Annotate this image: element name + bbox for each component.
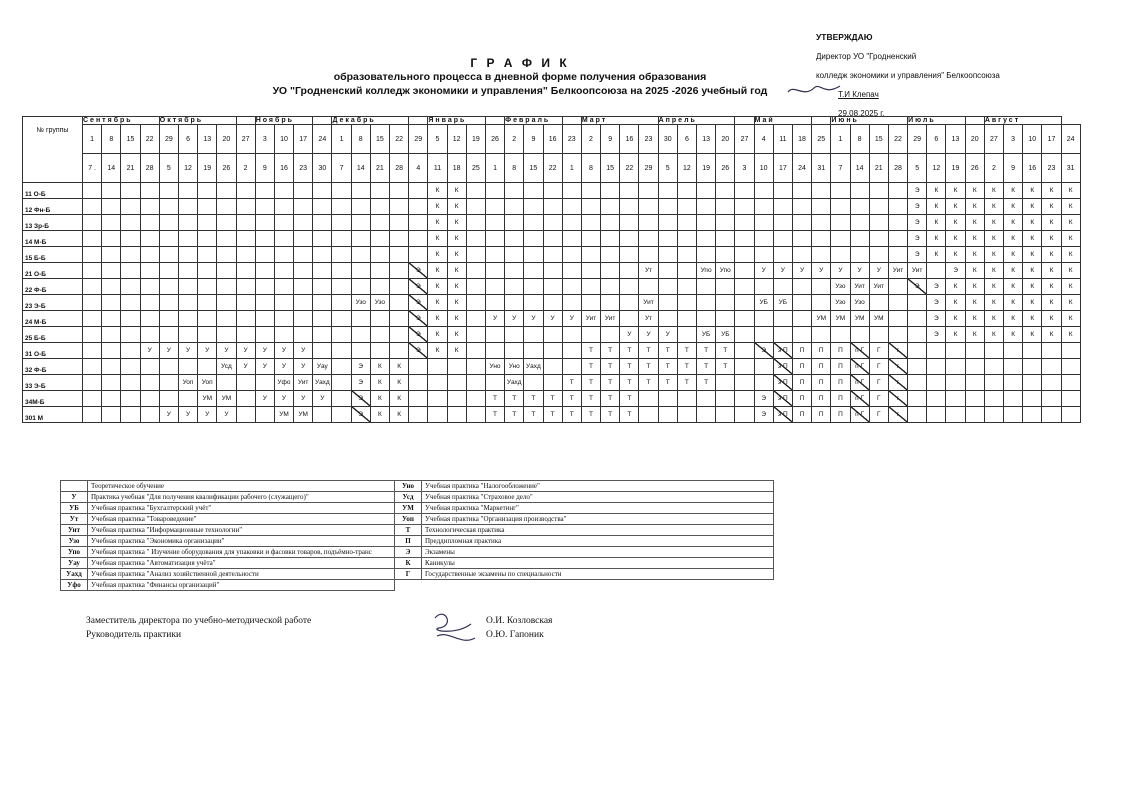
schedule-cell: П [792,375,811,391]
schedule-cell [159,215,178,231]
schedule-cell [773,247,792,263]
schedule-cell [697,215,716,231]
schedule-cell [601,215,620,231]
schedule-cell [1004,407,1023,423]
schedule-cell: э П [773,359,792,375]
schedule-cell [869,231,888,247]
schedule-cell: П [812,359,831,375]
schedule-cell [658,311,677,327]
schedule-cell [466,391,485,407]
schedule-cell [102,359,121,375]
legend-text: Преддипломная практика [422,536,774,547]
schedule-cell [505,327,524,343]
week-end: 10 [754,154,773,183]
legend-row: УитУчебная практика "Информационные техн… [61,525,774,536]
schedule-cell: У [294,359,313,375]
schedule-cell [946,391,965,407]
schedule-cell [639,407,658,423]
schedule-cell [543,215,562,231]
schedule-cell: Т [543,407,562,423]
schedule-cell [620,295,639,311]
table-row: 25 Б-БЭККУУУУБУБЭККККККК [23,327,1081,343]
schedule-cell [332,375,351,391]
schedule-cell [140,295,159,311]
schedule-cell [140,311,159,327]
schedule-cell [697,247,716,263]
legend-text: Учебная практика "Бухгалтерский учёт" [88,503,395,514]
legend-text: Государственные экзамены по специальност… [422,569,774,580]
schedule-cell: Т [620,343,639,359]
schedule-cell: г [888,343,907,359]
schedule-cell [1042,343,1061,359]
schedule-cell: Т [581,359,600,375]
schedule-cell: Уау [313,359,332,375]
legend-text: Учебная практика "Налогообложение" [422,481,774,492]
schedule-cell [735,263,754,279]
schedule-cell: Э [927,327,946,343]
schedule-cell: УМ [869,311,888,327]
schedule-cell: К [984,311,1003,327]
schedule-cell [83,215,102,231]
schedule-cell [984,391,1003,407]
group-name: 34М-Б [23,391,83,407]
table-row: 22 Ф-БЭККУзоУитУитЭЭККККККК [23,279,1081,295]
schedule-cell: Т [581,391,600,407]
week-start: 22 [888,125,907,154]
schedule-cell [562,343,581,359]
schedule-cell [927,391,946,407]
schedule-cell: Т [697,359,716,375]
schedule-cell: К [984,231,1003,247]
schedule-cell [159,327,178,343]
schedule-cell: К [927,199,946,215]
schedule-cell [927,263,946,279]
schedule-cell: п Г [850,407,869,423]
table-row: 15 Б-БККЭКККККККК [23,247,1081,263]
schedule-cell [313,231,332,247]
schedule-cell [869,215,888,231]
schedule-cell: г [888,391,907,407]
schedule-cell [773,215,792,231]
schedule-cell [313,279,332,295]
schedule-cell [754,215,773,231]
schedule-cell [313,199,332,215]
schedule-cell [159,199,178,215]
schedule-cell [524,327,543,343]
schedule-cell: Э [351,407,370,423]
schedule-cell: У [159,343,178,359]
table-row: 301 МУУУУУМУМЭККТТТТТТТТЭэ ППППп ГГг [23,407,1081,423]
schedule-cell: У [505,311,524,327]
schedule-cell [102,391,121,407]
schedule-cell: К [984,327,1003,343]
week-end: 28 [390,154,409,183]
schedule-cell [159,295,178,311]
week-start: 27 [984,125,1003,154]
schedule-cell [236,215,255,231]
schedule-cell: К [1042,231,1061,247]
schedule-cell [140,231,159,247]
schedule-cell [313,407,332,423]
schedule-cell: У [812,263,831,279]
schedule-cell: К [390,407,409,423]
schedule-cell [658,295,677,311]
schedule-cell: Э [409,295,428,311]
schedule-cell [178,311,197,327]
schedule-cell [313,215,332,231]
schedule-cell [236,311,255,327]
schedule-cell [754,311,773,327]
schedule-cell: К [1061,327,1080,343]
legend-code: Уахд [61,569,88,580]
schedule-cell: К [1061,247,1080,263]
schedule-cell [716,375,735,391]
schedule-cell [543,247,562,263]
schedule-cell [812,199,831,215]
schedule-cell: К [1023,231,1042,247]
schedule-cell: Уоп [178,375,197,391]
week-start: 6 [927,125,946,154]
legend-code: УМ [395,503,422,514]
document-title: Г Р А Ф И К образовательного процесса в … [200,56,840,98]
schedule-cell: К [965,295,984,311]
schedule-cell [351,343,370,359]
schedule-cell [1023,407,1042,423]
schedule-cell [332,343,351,359]
schedule-cell [735,199,754,215]
table-row: 12 Фн-БККЭКККККККК [23,199,1081,215]
schedule-cell: К [1042,327,1061,343]
schedule-cell [83,263,102,279]
week-end: 9 [255,154,274,183]
schedule-cell [236,263,255,279]
table-row: 14 М-БККЭКККККККК [23,231,1081,247]
schedule-cell [217,199,236,215]
schedule-cell: УМ [198,391,217,407]
schedule-cell [658,199,677,215]
schedule-cell [485,343,504,359]
schedule-cell [908,375,927,391]
legend-code: Узо [61,536,88,547]
schedule-cell [102,343,121,359]
schedule-cell [274,247,293,263]
schedule-cell [102,327,121,343]
schedule-cell: У [159,407,178,423]
week-end: 16 [274,154,293,183]
schedule-cell: Ут [639,311,658,327]
schedule-cell: Т [601,343,620,359]
schedule-cell: У [294,343,313,359]
schedule-cell [140,183,159,199]
schedule-cell [140,375,159,391]
schedule-cell: У [198,407,217,423]
schedule-cell [716,247,735,263]
schedule-cell [466,183,485,199]
schedule-cell: Э [946,263,965,279]
schedule-cell [524,263,543,279]
schedule-cell [562,247,581,263]
schedule-cell [485,263,504,279]
schedule-cell [735,311,754,327]
schedule-cell [1042,359,1061,375]
schedule-cell: Т [639,343,658,359]
table-row: 34М-БУМУМУУУУЭККТТТТТТТТЭэ ППППп ГГг [23,391,1081,407]
week-start: 8 [850,125,869,154]
schedule-cell: э П [773,391,792,407]
schedule-cell [294,231,313,247]
schedule-cell [466,247,485,263]
schedule-cell [102,215,121,231]
schedule-cell [255,279,274,295]
schedule-cell: К [1042,279,1061,295]
schedule-cell [601,327,620,343]
schedule-cell: К [927,247,946,263]
week-end: 12 [927,154,946,183]
week-end: 2 [984,154,1003,183]
schedule-cell [198,295,217,311]
approval-line-1: Директор УО "Гродненский [816,47,1000,66]
schedule-cell [716,279,735,295]
schedule-cell [792,327,811,343]
schedule-cell [159,279,178,295]
week-start: 18 [792,125,811,154]
schedule-cell [581,183,600,199]
schedule-cell: Т [485,407,504,423]
schedule-cell [159,263,178,279]
schedule-cell [792,279,811,295]
week-end: 21 [121,154,140,183]
legend-text: Учебная практика "Товароведение" [88,514,395,525]
group-name: 13 Зр-Б [23,215,83,231]
schedule-cell: У [869,263,888,279]
schedule-cell: У [754,263,773,279]
schedule-cell [313,263,332,279]
schedule-cell [178,327,197,343]
schedule-cell [562,183,581,199]
schedule-cell: К [965,247,984,263]
schedule-cell [620,247,639,263]
schedule-cell: Э [927,311,946,327]
schedule-cell [620,199,639,215]
schedule-cell [236,199,255,215]
group-name: 14 М-Б [23,231,83,247]
footer-role-2: Руководитель практики [86,628,311,642]
legend-code: Уит [61,525,88,536]
schedule-cell: Э [908,199,927,215]
schedule-cell [1061,375,1080,391]
legend-row: УБУчебная практика "Бухгалтерский учёт"У… [61,503,774,514]
schedule-cell [351,247,370,263]
week-end: 7 . [83,154,102,183]
schedule-cell: Э [754,391,773,407]
week-end: 26 [716,154,735,183]
schedule-cell: Уно [485,359,504,375]
schedule-cell [716,311,735,327]
schedule-cell [812,183,831,199]
schedule-cell [83,199,102,215]
schedule-cell: К [428,311,447,327]
schedule-cell [716,295,735,311]
schedule-cell: К [447,327,466,343]
schedule-cell: Уоп [198,375,217,391]
schedule-cell [965,391,984,407]
month-header: Март [581,117,658,125]
schedule-cell [601,247,620,263]
schedule-cell: У [792,263,811,279]
week-end: 14 [351,154,370,183]
week-start: 24 [1061,125,1080,154]
schedule-cell: К [1004,215,1023,231]
schedule-cell [83,327,102,343]
schedule-cell [792,199,811,215]
schedule-cell [524,343,543,359]
month-header: Февраль [505,117,563,125]
schedule-cell: Т [639,359,658,375]
week-start: 23 [639,125,658,154]
schedule-cell: Узо [850,295,869,311]
group-name: 22 Ф-Б [23,279,83,295]
schedule-cell [620,263,639,279]
schedule-cell [677,183,696,199]
schedule-cell [121,391,140,407]
schedule-cell: У [217,343,236,359]
group-name: 31 О-Б [23,343,83,359]
schedule-cell [601,263,620,279]
schedule-cell [294,183,313,199]
schedule-cell [390,183,409,199]
schedule-cell: К [370,407,389,423]
week-start: 10 [274,125,293,154]
week-end: 23 [1042,154,1061,183]
week-start: 12 [447,125,466,154]
schedule-cell: К [428,295,447,311]
week-start: 24 [313,125,332,154]
schedule-cell: К [428,199,447,215]
schedule-cell: п Г [850,359,869,375]
schedule-cell: Т [658,343,677,359]
week-start: 23 [562,125,581,154]
schedule-cell: К [946,295,965,311]
schedule-cell [1061,343,1080,359]
schedule-cell: Т [543,391,562,407]
schedule-cell [236,375,255,391]
schedule-cell [102,183,121,199]
schedule-cell [140,279,159,295]
schedule-cell [869,199,888,215]
schedule-cell: К [1061,263,1080,279]
schedule-cell: Э [908,215,927,231]
schedule-cell: Э [351,359,370,375]
week-start: 27 [236,125,255,154]
schedule-cell [658,231,677,247]
schedule-cell: П [812,391,831,407]
week-start: 29 [159,125,178,154]
schedule-cell [255,375,274,391]
schedule-cell: Т [524,391,543,407]
schedule-cell [178,183,197,199]
week-end: 5 [908,154,927,183]
schedule-cell [332,279,351,295]
schedule-cell [236,407,255,423]
schedule-cell [908,343,927,359]
legend-row: УахдУчебная практика "Анализ хозяйственн… [61,569,774,580]
schedule-cell: УБ [697,327,716,343]
schedule-cell [294,263,313,279]
schedule-cell [447,375,466,391]
schedule-cell [639,183,658,199]
schedule-cell [313,327,332,343]
week-start: 1 [83,125,102,154]
schedule-cell [716,391,735,407]
schedule-cell: У [255,359,274,375]
schedule-cell [850,215,869,231]
schedule-cell [888,311,907,327]
schedule-cell: К [1004,295,1023,311]
schedule-cell [773,327,792,343]
schedule-cell: Узо [831,295,850,311]
schedule-cell: К [447,199,466,215]
schedule-cell [754,279,773,295]
schedule-cell [984,343,1003,359]
schedule-cell [620,215,639,231]
schedule-cell: УМ [217,391,236,407]
schedule-cell: К [447,311,466,327]
legend-code: Т [395,525,422,536]
schedule-cell [178,263,197,279]
schedule-cell [735,343,754,359]
schedule-cell [505,231,524,247]
schedule-cell [217,375,236,391]
week-end: 21 [370,154,389,183]
schedule-cell [485,199,504,215]
schedule-cell [236,247,255,263]
week-end: 12 [178,154,197,183]
schedule-cell [178,391,197,407]
schedule-cell: П [792,407,811,423]
schedule-cell [159,375,178,391]
schedule-cell [677,279,696,295]
schedule-cell: П [831,375,850,391]
group-header: № группы [23,117,83,183]
schedule-cell: К [1004,327,1023,343]
title-heading: Г Р А Ф И К [200,56,840,70]
schedule-cell [274,279,293,295]
schedule-cell: П [812,375,831,391]
week-start: 17 [1042,125,1061,154]
schedule-cell: п Г [850,343,869,359]
legend-code [61,481,88,492]
schedule-cell [332,407,351,423]
schedule-cell [159,247,178,263]
schedule-cell: УМ [850,311,869,327]
schedule-cell [390,343,409,359]
schedule-cell: Г [869,343,888,359]
schedule-cell [888,279,907,295]
schedule-cell: У [274,343,293,359]
schedule-cell: Т [716,343,735,359]
week-end: 1 [562,154,581,183]
schedule-cell [908,407,927,423]
schedule-cell [351,327,370,343]
schedule-cell [850,327,869,343]
month-header [735,117,754,125]
schedule-cell [984,375,1003,391]
schedule-cell [908,327,927,343]
schedule-cell [658,183,677,199]
schedule-cell [198,359,217,375]
legend-text: Учебная практика "Анализ хозяйственной д… [88,569,395,580]
schedule-cell [581,295,600,311]
